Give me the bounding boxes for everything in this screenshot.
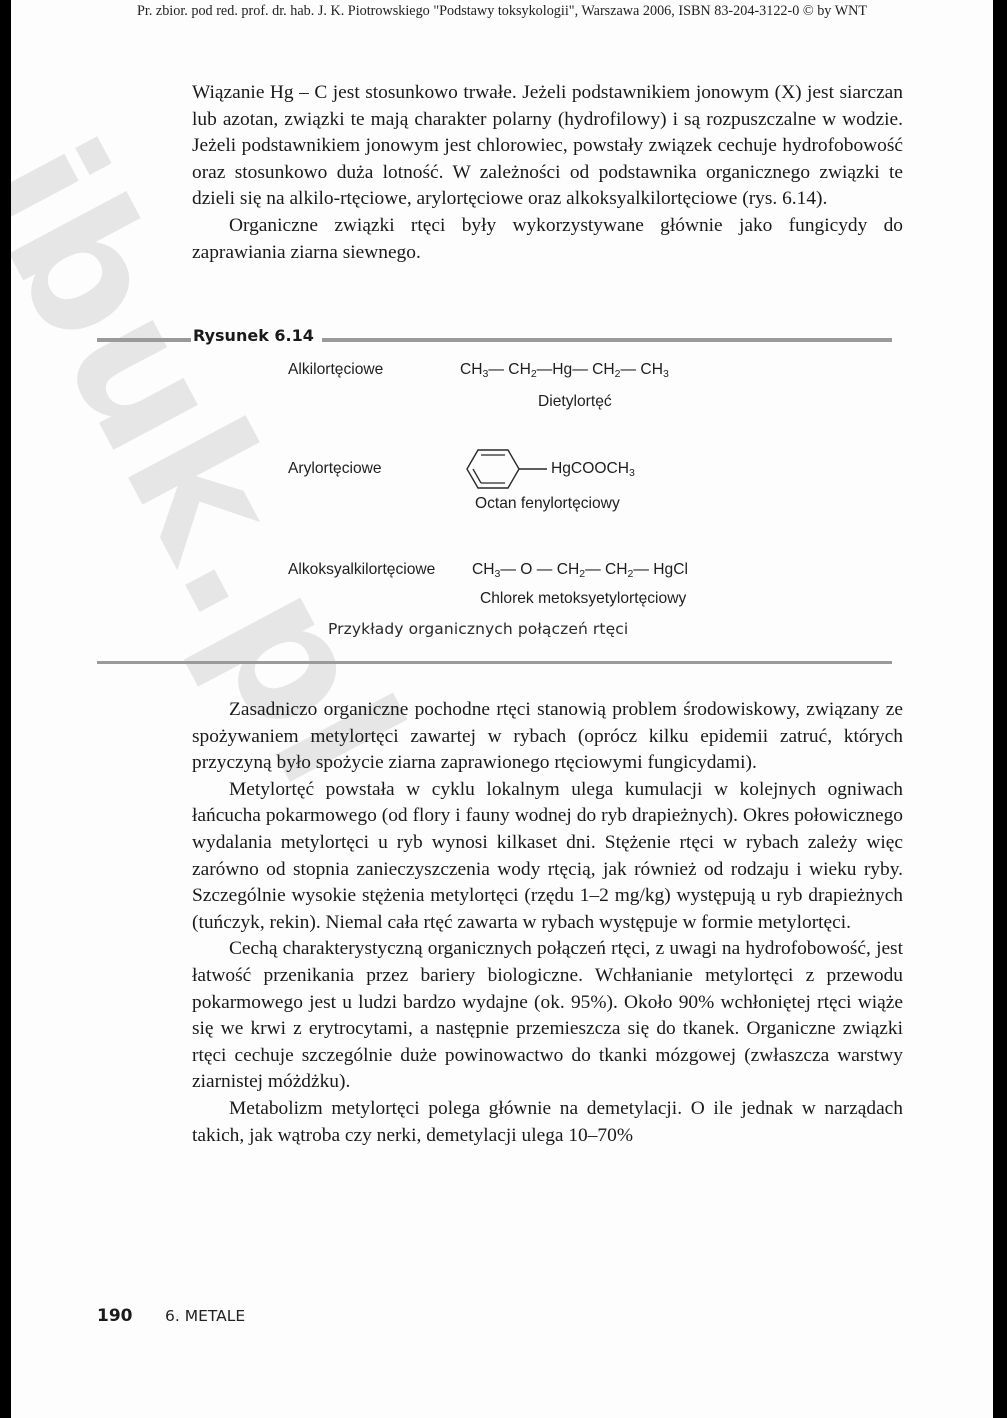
formula-dietylortec: CH3— CH2—Hg— CH2— CH3 bbox=[460, 361, 669, 379]
paragraph: Wiązanie Hg – C jest stosunkowo trwałe. … bbox=[192, 80, 903, 213]
figure-rule-left bbox=[97, 338, 192, 342]
paragraph: Zasadniczo organiczne pochodne rtęci sta… bbox=[192, 697, 903, 777]
paragraph: Metabolizm metylortęci polega głównie na… bbox=[192, 1096, 903, 1149]
compound-name: Dietylortęć bbox=[538, 393, 612, 411]
figure-category-alkoxyalkyl: Alkoksyalkilortęciowe bbox=[288, 561, 435, 579]
chapter-title: 6. METALE bbox=[165, 1307, 245, 1325]
figure-label: Rysunek 6.14 bbox=[191, 326, 322, 345]
formula-octan-fenylortec: HgCOOCH3 bbox=[551, 460, 635, 478]
document-page: ibuk.pl Pr. zbior. pod red. prof. dr. ha… bbox=[11, 0, 993, 1418]
benzene-ring-icon bbox=[465, 448, 555, 492]
page-number: 190 bbox=[97, 1306, 133, 1326]
figure-caption: Przykłady organicznych połączeń rtęci bbox=[328, 620, 628, 638]
figure-rule-right bbox=[311, 338, 892, 342]
paragraph: Cechą charakterystyczną organicznych poł… bbox=[192, 936, 903, 1096]
figure-rule-bottom bbox=[97, 661, 892, 664]
citation-header: Pr. zbior. pod red. prof. dr. hab. J. K.… bbox=[11, 3, 993, 20]
intro-text: Wiązanie Hg – C jest stosunkowo trwałe. … bbox=[192, 80, 903, 266]
compound-name: Chlorek metoksyetylortęciowy bbox=[480, 590, 686, 608]
formula-chlorek-metoksyetylortec: CH3— O — CH2— CH2— HgCl bbox=[472, 561, 688, 579]
figure-category-aryl: Arylortęciowe bbox=[288, 460, 382, 478]
figure-category-alkyl: Alkilortęciowe bbox=[288, 361, 383, 379]
body-text: Zasadniczo organiczne pochodne rtęci sta… bbox=[192, 697, 903, 1149]
paragraph: Metylortęć powstała w cyklu lokalnym ule… bbox=[192, 777, 903, 937]
compound-name: Octan fenylortęciowy bbox=[475, 495, 620, 513]
paragraph: Organiczne związki rtęci były wykorzysty… bbox=[192, 213, 903, 266]
